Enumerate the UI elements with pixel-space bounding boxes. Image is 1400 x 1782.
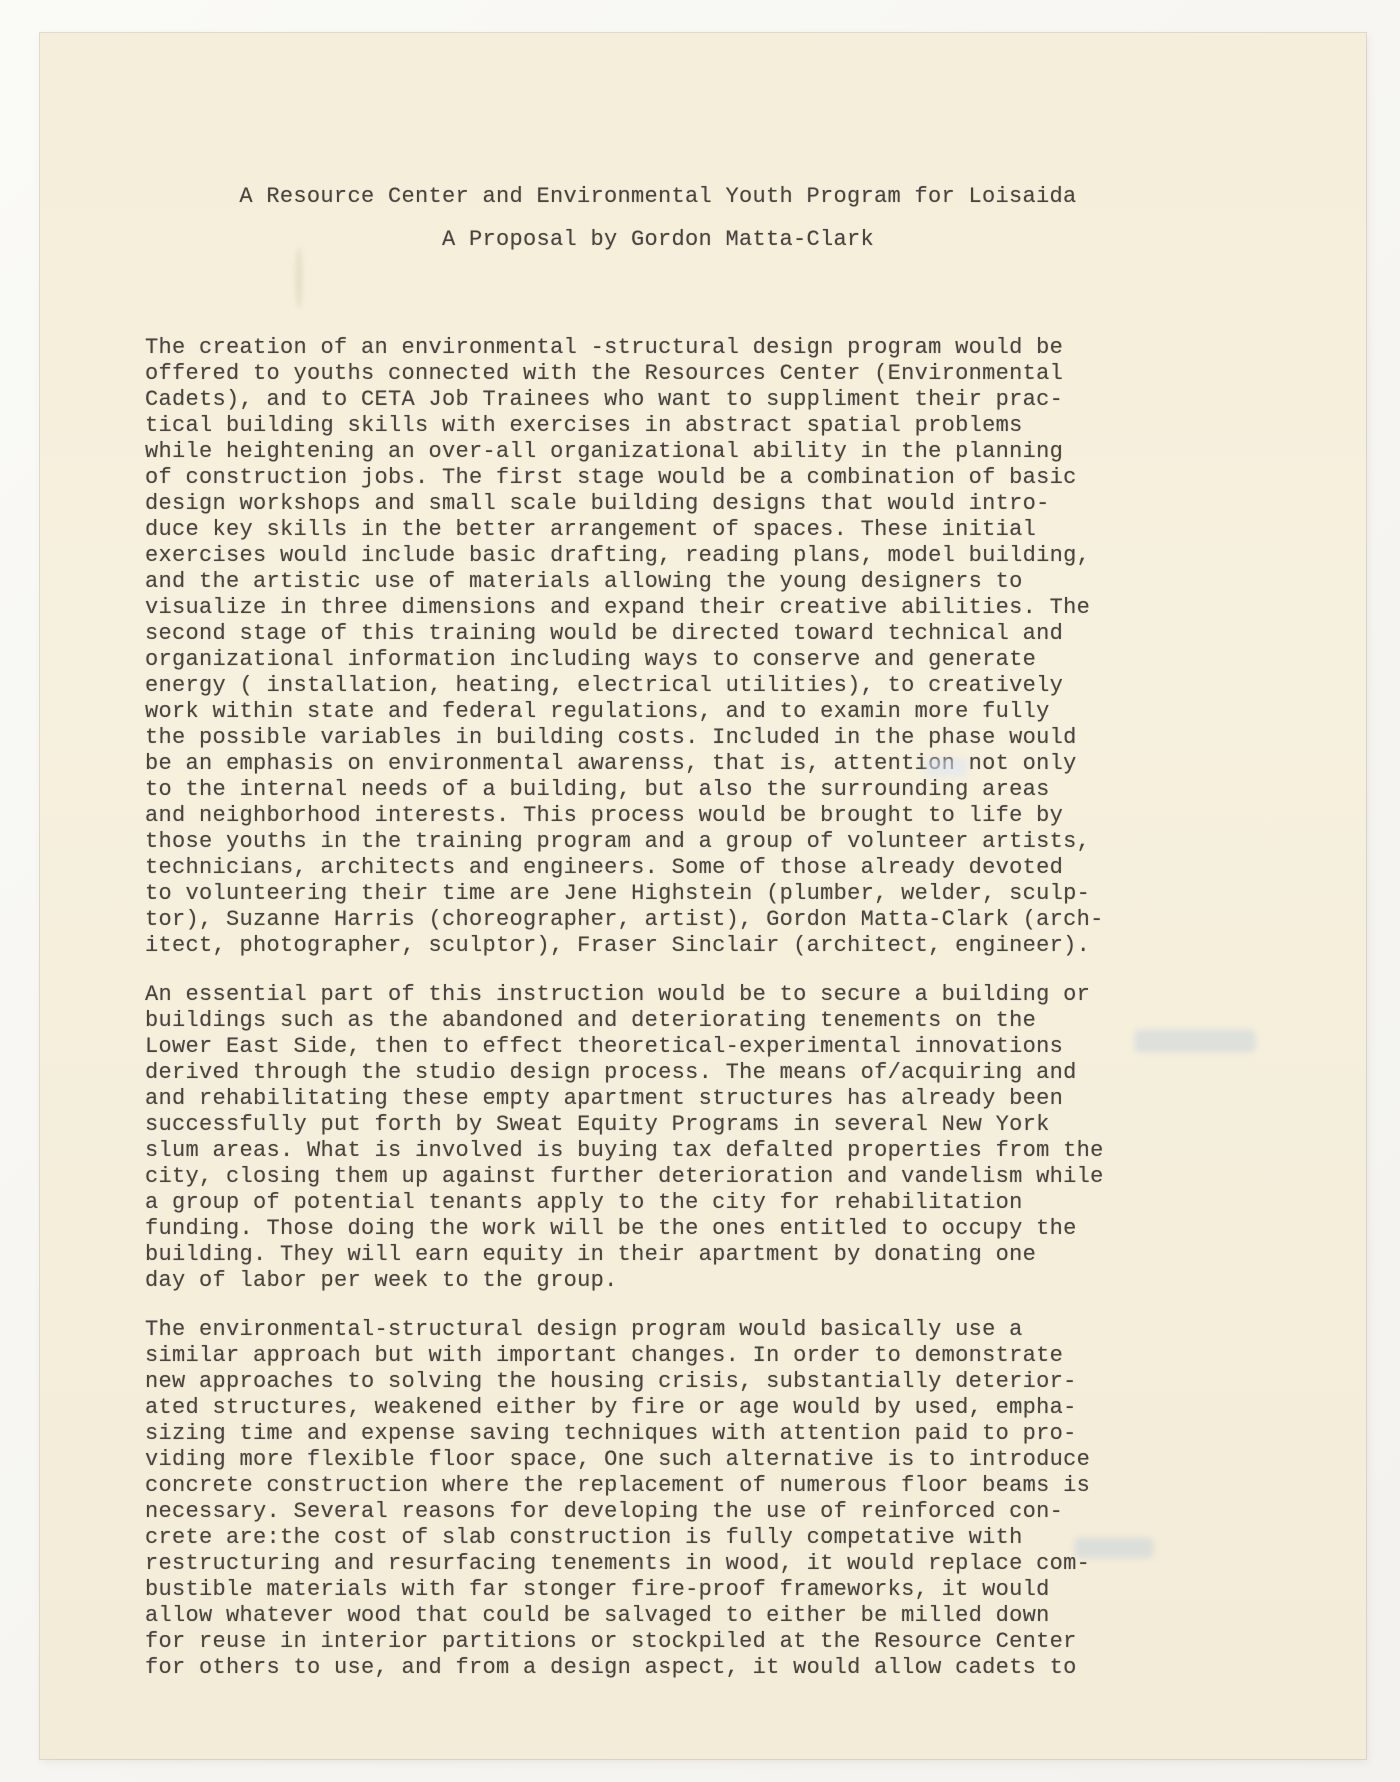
- paragraph-2: An essential part of this instruction wo…: [145, 982, 1171, 1294]
- scan-background: A Resource Center and Environmental Yout…: [0, 0, 1400, 1782]
- paragraph-3: The environmental-structural design prog…: [145, 1317, 1171, 1681]
- document-page: A Resource Center and Environmental Yout…: [40, 33, 1366, 1759]
- document-title: A Resource Center and Environmental Yout…: [145, 184, 1171, 210]
- typed-text-area: A Resource Center and Environmental Yout…: [145, 184, 1171, 1681]
- document-subtitle: A Proposal by Gordon Matta-Clark: [145, 227, 1171, 253]
- paragraph-1: The creation of an environmental -struct…: [145, 335, 1171, 959]
